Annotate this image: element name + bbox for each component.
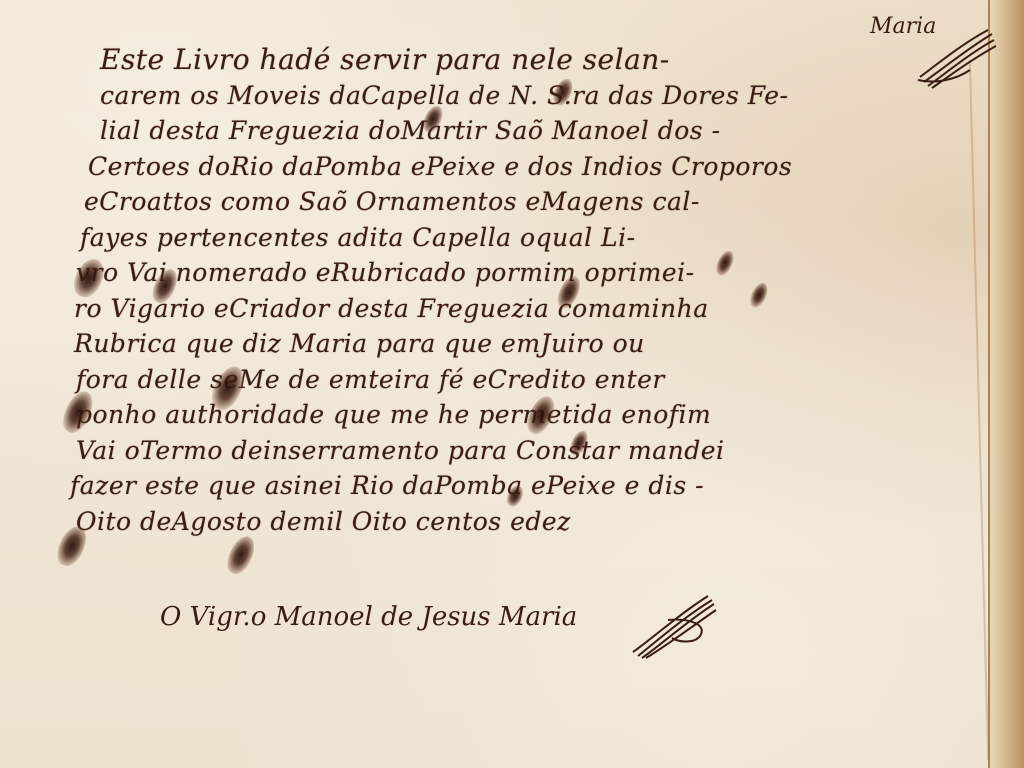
text-line: fayes pertencentes adita Capella oqual L…: [70, 220, 930, 256]
text-line: fora delle seMe de emteira fé eCredito e…: [70, 362, 930, 398]
text-line: eCroattos como Saõ Ornamentos eMagens ca…: [70, 184, 930, 220]
text-line: Certoes doRio daPomba ePeixe e dos Indio…: [70, 149, 930, 185]
text-line: Rubrica que diz Maria para que emJuiro o…: [70, 326, 930, 362]
text-line: vro Vai nomerado eRubricado pormim oprim…: [70, 255, 930, 291]
text-line: ponho authoridade que me he permetida en…: [70, 397, 930, 433]
text-line: Vai oTermo deinserramento para Constar m…: [70, 433, 930, 469]
vicar-signature: O Vigr.o Manoel de Jesus Maria: [160, 602, 577, 632]
manuscript-page: Maria Este Livro hadé servir para nele s…: [0, 0, 1024, 768]
manuscript-body: Este Livro hadé servir para nele selan- …: [70, 42, 930, 539]
page-edge: [988, 0, 1024, 768]
text-line: Este Livro hadé servir para nele selan-: [70, 42, 930, 78]
paper-fold: [969, 60, 989, 760]
text-line: fazer este que asinei Rio daPomba ePeixe…: [70, 468, 930, 504]
text-line: carem os Moveis daCapella de N. S.ra das…: [70, 78, 930, 114]
text-line: ro Vigario eCriador desta Freguezia coma…: [70, 291, 930, 327]
text-line: lial desta Freguezia doMartir Saõ Manoel…: [70, 113, 930, 149]
ink-blot: [223, 532, 260, 578]
signature-flourish-icon: [628, 590, 718, 660]
text-line: Oito deAgosto demil Oito centos edez: [70, 504, 930, 540]
